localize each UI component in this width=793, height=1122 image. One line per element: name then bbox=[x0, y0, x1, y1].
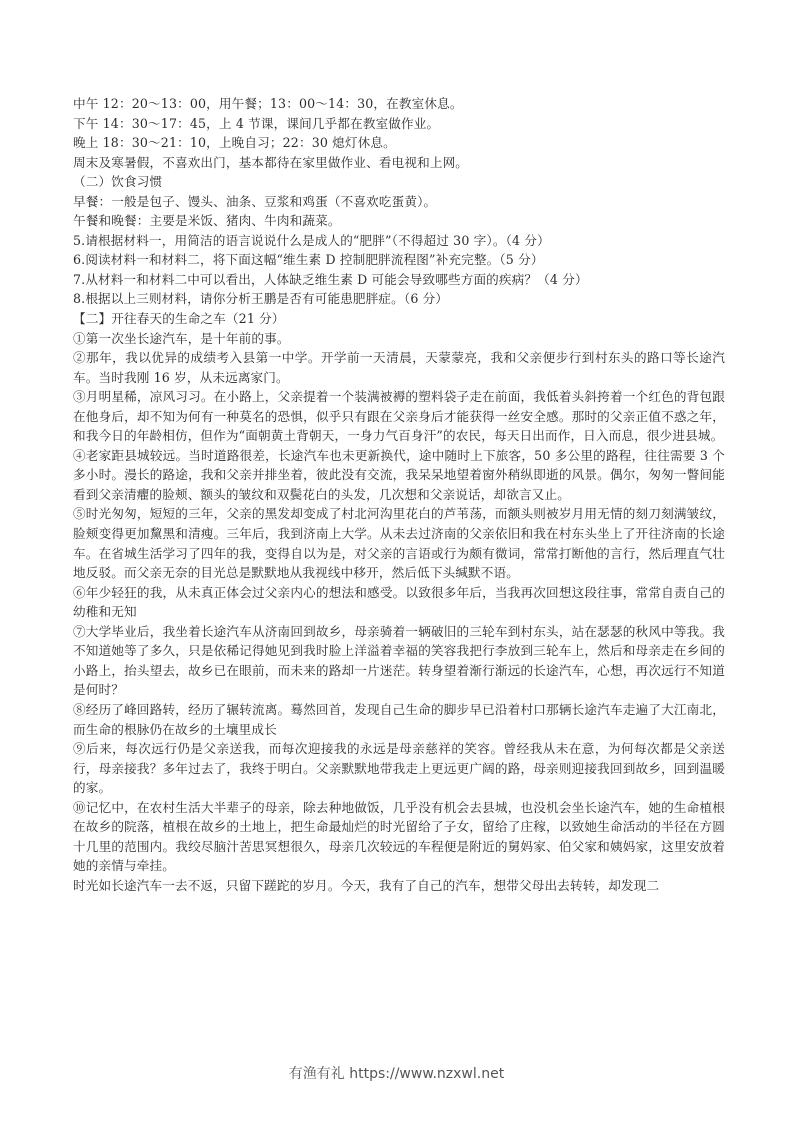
paragraph-6: ⑥年少轻狂的我，从未真正体会过父亲内心的想法和感受。以致很多年后，当我再次回想这… bbox=[73, 583, 725, 622]
paragraph-8: ⑧经历了峰回路转，经历了辗转流离。蓦然回首，发现自己生命的脚步早已沿着村口那辆长… bbox=[73, 700, 725, 739]
question-5: 5.请根据材料一，用简洁的语言说说什么是成人的“肥胖”（不得超过 30 字）。（… bbox=[73, 231, 725, 251]
section-title: 【二】开往春天的生命之车（21 分） bbox=[73, 309, 725, 329]
paragraph-7: ⑦大学毕业后，我坐着长途汽车从济南回到故乡，母亲骑着一辆破旧的三轮车到村东头，站… bbox=[73, 622, 725, 700]
footer-watermark: 有渔有礼 https://www.nzxwl.net bbox=[0, 1063, 793, 1083]
diet-breakfast: 早餐：一般是包子、馒头、油条、豆浆和鸡蛋（不喜欢吃蛋黄）。 bbox=[73, 192, 725, 212]
schedule-line-evening: 晚上 18：30～21：10，上晚自习；22：30 熄灯休息。 bbox=[73, 133, 725, 153]
schedule-line-noon: 中午 12：20～13：00，用午餐；13：00～14：30，在教室休息。 bbox=[73, 94, 725, 114]
paragraph-11: 时光如长途汽车一去不返，只留下蹉跎的岁月。今天，我有了自己的汽车，想带父母出去转… bbox=[73, 876, 725, 896]
paragraph-5: ⑤时光匆匆，短短的三年，父亲的黑发却变成了村北河沟里花白的芦苇荡，而额头则被岁月… bbox=[73, 504, 725, 582]
question-8: 8.根据以上三则材料，请你分析王鹏是否有可能患肥胖症。（6 分） bbox=[73, 289, 725, 309]
paragraph-3: ③月明星稀，凉风习习。在小路上，父亲提着一个装满被褥的塑料袋子走在前面，我低着头… bbox=[73, 387, 725, 446]
schedule-block: 中午 12：20～13：00，用午餐；13：00～14：30，在教室休息。 下午… bbox=[73, 94, 725, 172]
diet-lunch-dinner: 午餐和晚餐：主要是米饭、猪肉、牛肉和蔬菜。 bbox=[73, 211, 725, 231]
questions-block: 5.请根据材料一，用简洁的语言说说什么是成人的“肥胖”（不得超过 30 字）。（… bbox=[73, 231, 725, 309]
paragraph-2: ②那年，我以优异的成绩考入县第一中学。开学前一天清晨，天蒙蒙亮，我和父亲便步行到… bbox=[73, 348, 725, 387]
paragraph-10: ⑩记忆中，在农村生活大半辈子的母亲，除去种地做饭，几乎没有机会去县城，也没机会坐… bbox=[73, 798, 725, 876]
diet-heading: （二）饮食习惯 bbox=[73, 172, 725, 192]
paragraph-4: ④老家距县城较远。当时道路很差，长途汽车也未更新换代，途中随时上下旅客，50 多… bbox=[73, 446, 725, 505]
question-6: 6.阅读材料一和材料二，将下面这幅“维生素 D 控制肥胖流程图”补充完整。（5 … bbox=[73, 250, 725, 270]
diet-block: （二）饮食习惯 早餐：一般是包子、馒头、油条、豆浆和鸡蛋（不喜欢吃蛋黄）。 午餐… bbox=[73, 172, 725, 231]
essay-body: ①第一次坐长途汽车，是十年前的事。 ②那年，我以优异的成绩考入县第一中学。开学前… bbox=[73, 329, 725, 896]
document-body: 中午 12：20～13：00，用午餐；13：00～14：30，在教室休息。 下午… bbox=[73, 94, 725, 895]
schedule-line-weekend: 周末及寒暑假，不喜欢出门，基本都待在家里做作业、看电视和上网。 bbox=[73, 153, 725, 173]
paragraph-9: ⑨后来，每次远行仍是父亲送我，而每次迎接我的永远是母亲慈祥的笑容。曾经我从未在意… bbox=[73, 739, 725, 798]
schedule-line-afternoon: 下午 14：30～17：45，上 4 节课，课间几乎都在教室做作业。 bbox=[73, 114, 725, 134]
paragraph-1: ①第一次坐长途汽车，是十年前的事。 bbox=[73, 329, 725, 349]
question-7: 7.从材料一和材料二中可以看出，人体缺乏维生素 D 可能会导致哪些方面的疾病？（… bbox=[73, 270, 725, 290]
